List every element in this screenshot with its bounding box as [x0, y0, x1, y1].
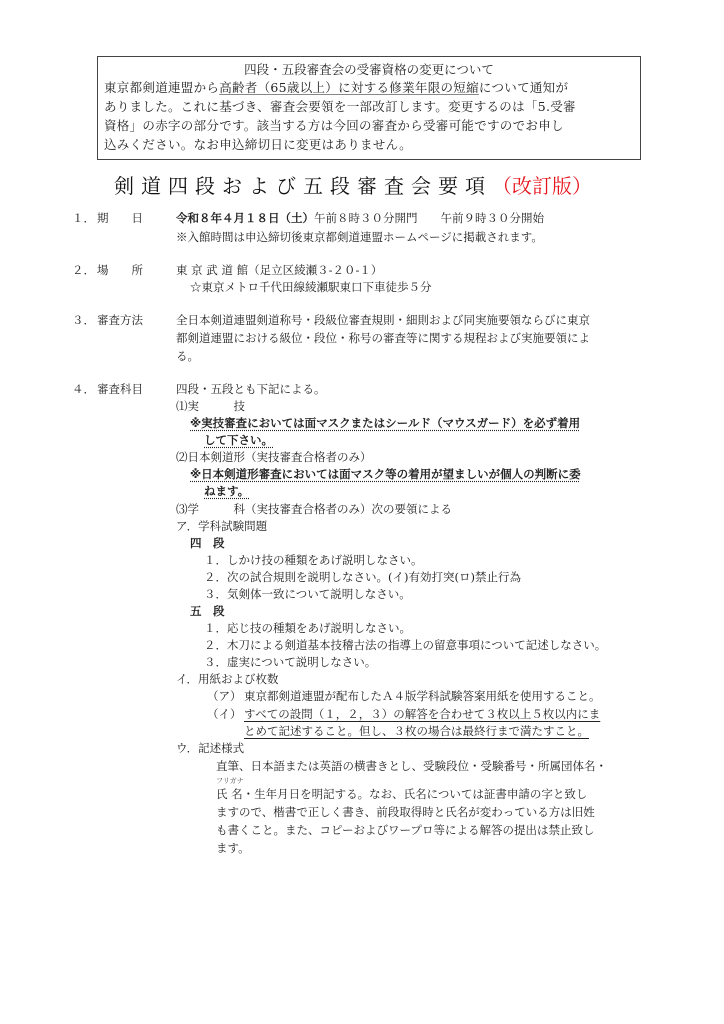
section-4-label: 審査科目	[97, 381, 143, 397]
sub-2-note-2: ねます。	[204, 483, 249, 499]
godan-heading: 五 段	[190, 603, 225, 619]
section-3-text-2: 都剣道連盟における級位・段位・称号の審査等に関する規程および実施要領によ	[176, 330, 590, 346]
sub-2-note-1: ※日本剣道形審査においては面マスク等の着用が望ましいが個人の判断に委	[190, 466, 581, 482]
section-3-text-3: る。	[176, 348, 199, 364]
notice-underlined-text: 高齢者（65歳以上）に対する修業年限の短縮	[219, 80, 479, 95]
section-3-number: ３．	[72, 312, 95, 328]
sub-2-label: ⑵日本剣道形（実技審査合格者のみ）	[176, 449, 372, 465]
section-1-number: １．	[72, 210, 95, 226]
notice-box: 四段・五段審査会の受審資格の変更について 東京都剣道連盟から高齢者（65歳以上）…	[97, 56, 641, 160]
revision-label: （改訂版）	[492, 174, 592, 198]
yondan-question-1: １．しかけ技の種類をあげ説明しなさい。	[204, 552, 423, 568]
paper-item-b-1: すべての設問（１，２，３）の解答を合わせて３枚以上５枚以内にま	[244, 706, 600, 722]
section-3-text-1: 全日本剣道連盟剣道称号・段級位審査規則・細則および同実施要領ならびに東京	[176, 312, 590, 328]
yondan-question-2: ２．次の試合規則を説明しなさい。(イ)有効打突(ロ)禁止行為	[204, 569, 521, 585]
godan-question-1: １．応じ技の種類をあげ説明しなさい。	[204, 620, 411, 636]
document-title: 剣道四段および五段審査会要項（改訂版）	[114, 170, 592, 199]
paper-item-a-mark: （ア）	[207, 688, 242, 704]
document-title-text: 剣道四段および五段審査会要項	[114, 174, 492, 198]
section-1-note: ※入館時間は申込締切後東京都剣道連盟ホームページに掲載されます。	[176, 229, 543, 245]
section-1-date: 令和８年４月１８日（土）午前８時３０分開門 午前９時３０分開始	[176, 210, 544, 226]
format-line-2: 氏 名・生年月日を明記する。なお、氏名については証書申請の字と致し	[216, 786, 587, 802]
notice-line-1: 東京都剣道連盟から高齢者（65歳以上）に対する修業年限の短縮について通知が	[104, 78, 568, 96]
sub-1-label: ⑴実 技	[176, 398, 245, 414]
format-line-4: も書くこと。また、コピーおよびワープロ等による解答の提出は禁止致し	[216, 822, 594, 838]
notice-title: 四段・五段審査会の受審資格の変更について	[98, 60, 640, 78]
venue: 東 京 武 道 館（足立区綾瀬３‐２０‐１）	[176, 262, 382, 278]
sub-1-note-2: して下さい。	[204, 432, 273, 448]
venue-access: ☆東京メトロ千代田線綾瀬駅東口下車徒歩５分	[190, 279, 432, 295]
exam-date: 令和８年４月１８日（土）	[176, 211, 314, 225]
furigana-label: フリガナ	[216, 776, 244, 786]
section-1-label: 期 日	[97, 210, 143, 226]
notice-text: について通知が	[479, 80, 568, 95]
yondan-heading: 四 段	[190, 535, 225, 551]
godan-question-2: ２．木刀による剣道基本技稽古法の指導上の留意事項について記述しなさい。	[204, 637, 606, 653]
paper-item-a: 東京都剣道連盟が配布したＡ４版学科試験答案用紙を使用すること。	[244, 688, 601, 704]
notice-line-4: 込みください。なお申込締切日に変更はありません。	[104, 135, 412, 153]
notice-line-2: ありました。これに基づき、審査会要領を一部改訂します。変更するのは「5.受審	[104, 97, 576, 115]
section-2-number: ２．	[72, 262, 95, 278]
format-line-5: ます。	[216, 840, 250, 856]
format-line-1: 直筆、日本語または英語の横書きとし、受験段位・受験番号・所属団体名・	[216, 758, 607, 774]
notice-text: 東京都剣道連盟から	[104, 80, 219, 95]
sub-3-label: ⑶学 科（実技審査合格者のみ）次の要領による	[176, 501, 452, 517]
section-4-number: ４．	[72, 381, 95, 397]
exam-time: 午前８時３０分開門 午前９時３０分開始	[314, 211, 544, 225]
exam-questions-heading: ア．学科試験問題	[176, 518, 267, 534]
notice-line-3: 資格」の赤字の部分です。該当する方は今回の審査から受審可能ですのでお申し	[104, 116, 564, 134]
section-3-label: 審査方法	[97, 312, 143, 328]
sub-1-note-1: ※実技審査においては面マスクまたはシールド（マウスガード）を必ず着用	[190, 415, 580, 431]
format-line-3: ますので、楷書で正しく書き、前段取得時と氏名が変わっている方は旧姓	[216, 804, 595, 820]
godan-question-3: ３．虚実について説明しなさい。	[204, 654, 376, 670]
paper-heading: イ．用紙および枚数	[176, 671, 278, 687]
format-heading: ウ．記述様式	[176, 740, 244, 756]
yondan-question-3: ３．気剣体一致について説明しなさい。	[204, 586, 411, 602]
paper-item-b-2: とめて記述すること。但し、３枚の場合は最終行まで満たすこと。	[244, 723, 589, 739]
paper-item-b-mark: （イ）	[207, 706, 242, 722]
section-4-intro: 四段・五段とも下記による。	[176, 381, 326, 397]
section-2-label: 場 所	[97, 262, 143, 278]
